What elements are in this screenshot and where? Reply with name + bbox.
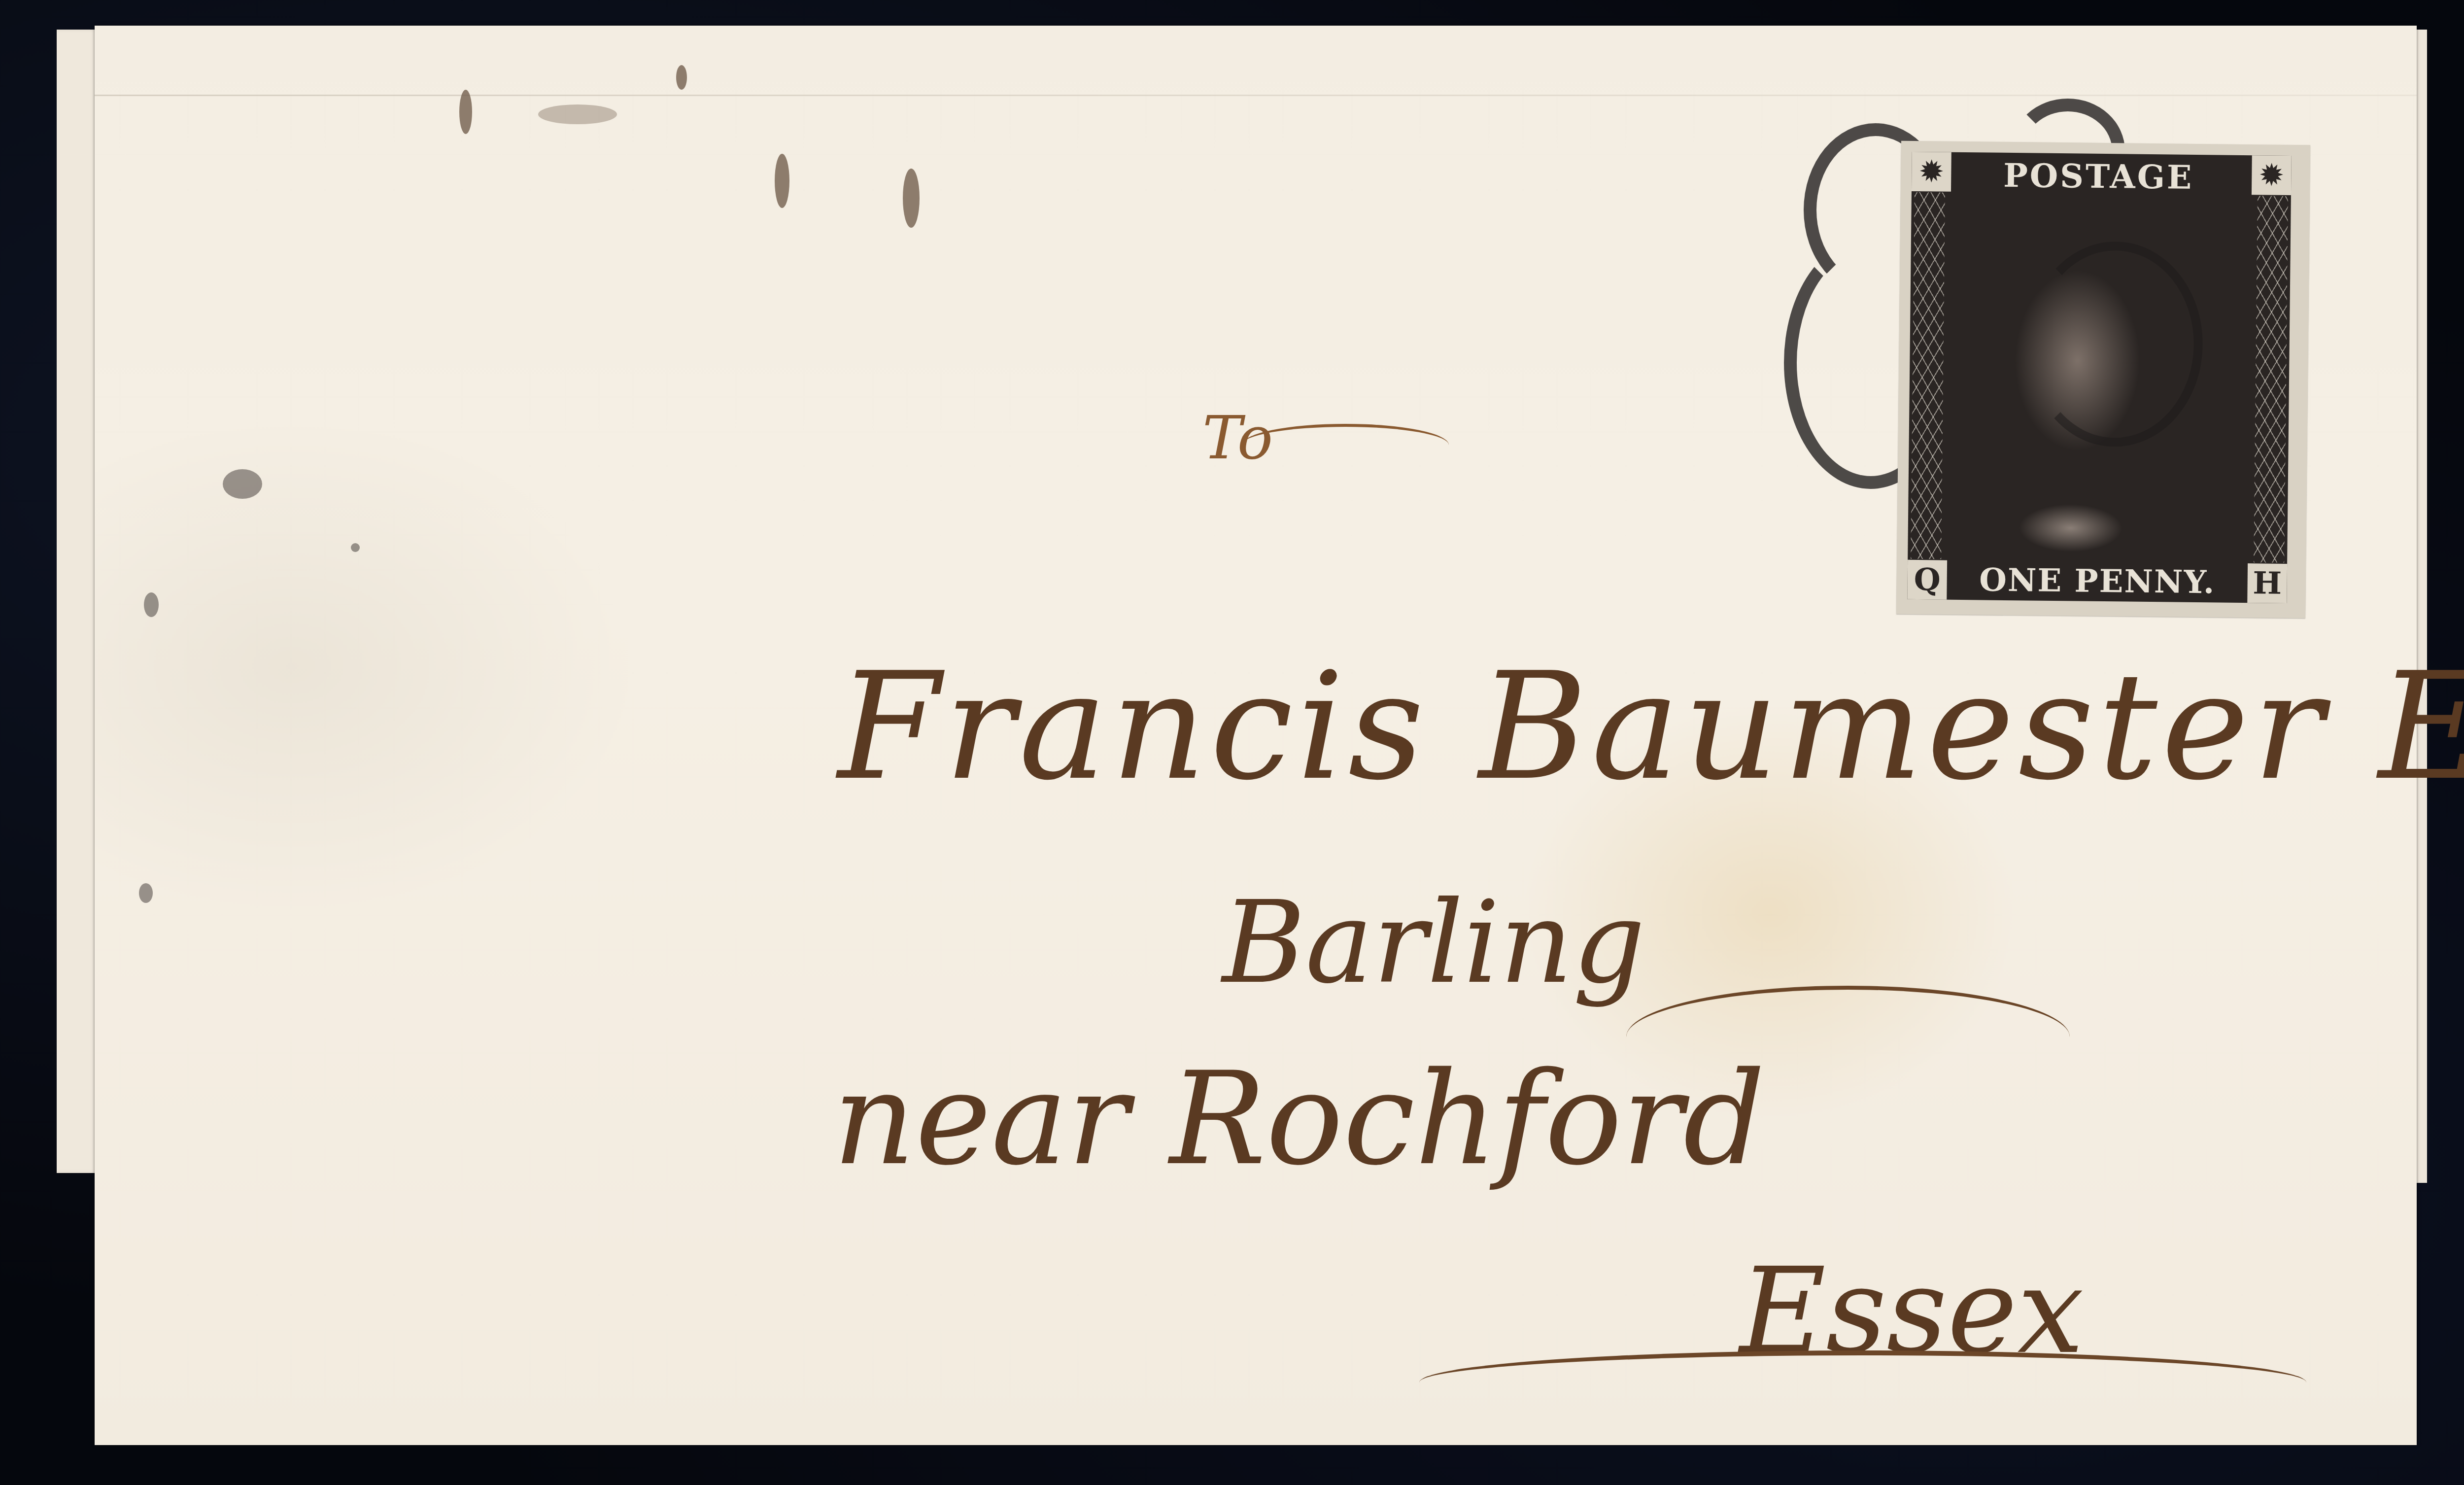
stamp-value-label: ONE PENNY. [1949,560,2246,603]
address-line-3: near Rochford [833,1045,1765,1194]
salutation-flourish [1242,424,1449,466]
smudge-mark [139,883,153,903]
star-ornament-icon: ✹ [2252,155,2292,195]
star-ornament-icon: ✹ [1912,152,1951,192]
ink-offset-mark [775,154,789,208]
ink-offset-mark [903,169,920,228]
fold-crease [95,95,2417,96]
stamp-check-letter-left: Q [1907,560,1947,600]
ink-offset-mark [459,90,472,134]
stamp-postage-label: POSTAGE [1955,157,2242,196]
stamp-side-lace-right [2254,196,2288,563]
stamp-side-lace-left [1911,192,1945,559]
smudge-mark [351,543,360,552]
ink-offset-mark [676,65,687,90]
address-line-2: Barling [1222,877,1645,1009]
smudge-mark [144,592,159,617]
connecting-flourish [1626,986,2070,1088]
penny-black-stamp: ✹ ✹ POSTAGE Q ONE PENNY. H [1896,141,2310,619]
address-recipient: Francis Baumester Esq [838,641,2464,813]
smudge-mark [223,469,262,499]
stamp-check-letter-right: H [2247,563,2287,603]
ink-offset-mark [538,104,617,124]
underline-flourish [1419,1350,2306,1415]
